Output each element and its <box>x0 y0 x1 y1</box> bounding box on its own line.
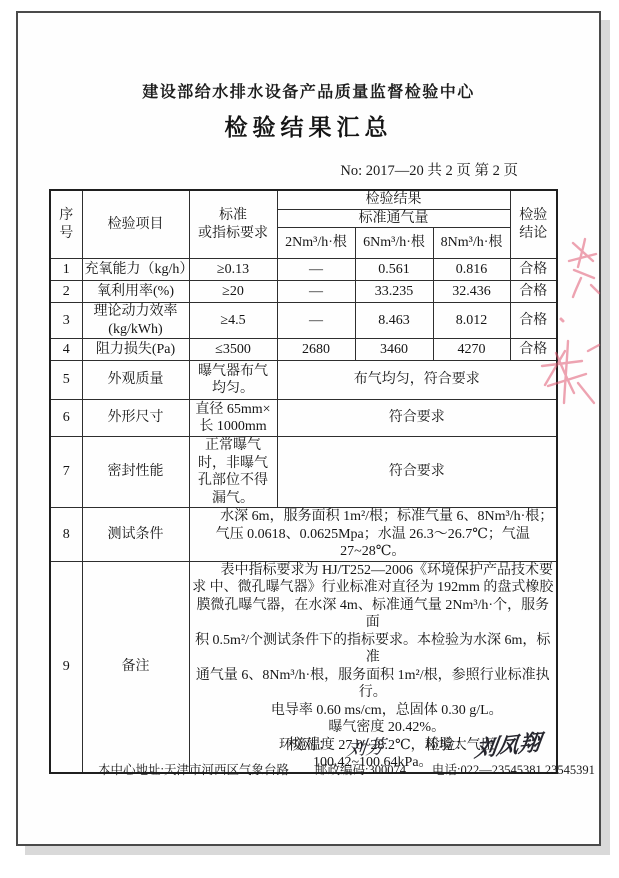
cell-value-8: 8.012 <box>433 303 510 339</box>
footer-address: 本中心地址:天津市河西区气象台路 <box>98 763 289 777</box>
cell-value-6: 8.463 <box>355 303 433 339</box>
table-row: 7 密封性能 正常曝气时，非曝气孔部位不得漏气。 符合要求 <box>50 437 557 508</box>
cell-result: 符合要求 <box>277 400 557 437</box>
cell-seq: 3 <box>50 303 82 339</box>
col-header-result-group: 检验结果 <box>277 190 510 209</box>
cell-value-6: 0.561 <box>355 259 433 281</box>
cell-seq: 5 <box>50 361 82 400</box>
cell-standard: ≤3500 <box>189 339 277 361</box>
inspector-signature: 刘凤翔 <box>473 725 543 764</box>
cell-item: 阻力损失(Pa) <box>82 339 189 361</box>
proofread-label: 校对： <box>288 733 333 754</box>
cell-standard: 曝气器布气均匀。 <box>189 361 277 400</box>
col-header-flow-6: 6Nm³/h·根 <box>355 228 433 259</box>
cell-item: 测试条件 <box>82 508 189 562</box>
org-name: 建设部给水排水设备产品质量监督检验中心 <box>18 79 599 102</box>
signoff-row: 校对： 刘芳 检验： 刘凤翔 <box>288 733 541 760</box>
cell-standard: 正常曝气时，非曝气孔部位不得漏气。 <box>189 437 277 508</box>
proofreader-signature: 刘芳 <box>346 732 387 762</box>
table-row: 5 外观质量 曝气器布气均匀。 布气均匀，符合要求 <box>50 361 557 400</box>
cell-standard: ≥4.5 <box>189 303 277 339</box>
cell-value-6: 33.235 <box>355 281 433 303</box>
table-row: 4 阻力损失(Pa) ≤3500 2680 3460 4270 合格 <box>50 339 557 361</box>
col-header-item: 检验项目 <box>82 190 189 259</box>
table-row: 1 充氧能力（kg/h） ≥0.13 — 0.561 0.816 合格 <box>50 259 557 281</box>
col-header-seq: 序 号 <box>50 190 82 259</box>
cell-seq: 7 <box>50 437 82 508</box>
cell-standard: ≥0.13 <box>189 259 277 281</box>
cell-value-2: — <box>277 259 355 281</box>
cell-seq: 6 <box>50 400 82 437</box>
table-row: 6 外形尺寸 直径 65mm×长 1000mm 符合要求 <box>50 400 557 437</box>
cell-seq: 1 <box>50 259 82 281</box>
table-row: 3 理论动力效率 (kg/kWh) ≥4.5 — 8.463 8.012 合格 <box>50 303 557 339</box>
cell-seq: 9 <box>50 561 82 773</box>
cell-value-8: 4270 <box>433 339 510 361</box>
cell-item: 氧利用率(%) <box>82 281 189 303</box>
col-header-flow-8: 8Nm³/h·根 <box>433 228 510 259</box>
red-stamp-marks <box>533 233 601 418</box>
cell-value-2: — <box>277 303 355 339</box>
cell-standard: 直径 65mm×长 1000mm <box>189 400 277 437</box>
cell-seq: 2 <box>50 281 82 303</box>
col-header-flow-group: 标准通气量 <box>277 209 510 228</box>
cell-standard: ≥20 <box>189 281 277 303</box>
cell-value-2: 2680 <box>277 339 355 361</box>
cell-value-6: 3460 <box>355 339 433 361</box>
cell-item: 备注 <box>82 561 189 773</box>
footer-phone: 电话:022—23545381 23545391 <box>432 763 595 777</box>
results-table: 序 号 检验项目 标准 或指标要求 检验结果 检验 结论 标准通气量 2Nm³/… <box>49 189 558 774</box>
cell-result: 布气均匀，符合要求 <box>277 361 557 400</box>
stamp-strokes <box>542 239 599 403</box>
cell-seq: 8 <box>50 508 82 562</box>
scan-background: 建设部给水排水设备产品质量监督检验中心 检验结果汇总 No: 2017—20 共… <box>0 0 619 878</box>
cell-value-2: — <box>277 281 355 303</box>
cell-item: 外形尺寸 <box>82 400 189 437</box>
cell-item: 理论动力效率 (kg/kWh) <box>82 303 189 339</box>
cell-item: 外观质量 <box>82 361 189 400</box>
table-row: 8 测试条件 水深 6m，服务面积 1m²/根；标准气量 6、8Nm³/h·根；… <box>50 508 557 562</box>
cell-seq: 4 <box>50 339 82 361</box>
inspect-label: 检验： <box>425 733 470 754</box>
cell-item: 充氧能力（kg/h） <box>82 259 189 281</box>
table-row: 2 氧利用率(%) ≥20 — 33.235 32.436 合格 <box>50 281 557 303</box>
col-header-standard: 标准 或指标要求 <box>189 190 277 259</box>
cell-value-8: 0.816 <box>433 259 510 281</box>
col-header-flow-2: 2Nm³/h·根 <box>277 228 355 259</box>
cell-item: 密封性能 <box>82 437 189 508</box>
cell-value-8: 32.436 <box>433 281 510 303</box>
page-title: 检验结果汇总 <box>18 109 599 142</box>
center-footer: 本中心地址:天津市河西区气象台路邮政编码:300074电话:022—235453… <box>98 760 619 778</box>
footer-postcode: 邮政编码:300074 <box>315 763 406 777</box>
doc-number-line: No: 2017—20 共 2 页 第 2 页 <box>18 159 599 180</box>
cell-result: 符合要求 <box>277 437 557 508</box>
cell-test-conditions: 水深 6m，服务面积 1m²/根；标准气量 6、8Nm³/h·根； 气压 0.0… <box>189 508 557 562</box>
document-page: 建设部给水排水设备产品质量监督检验中心 检验结果汇总 No: 2017—20 共… <box>16 11 601 846</box>
